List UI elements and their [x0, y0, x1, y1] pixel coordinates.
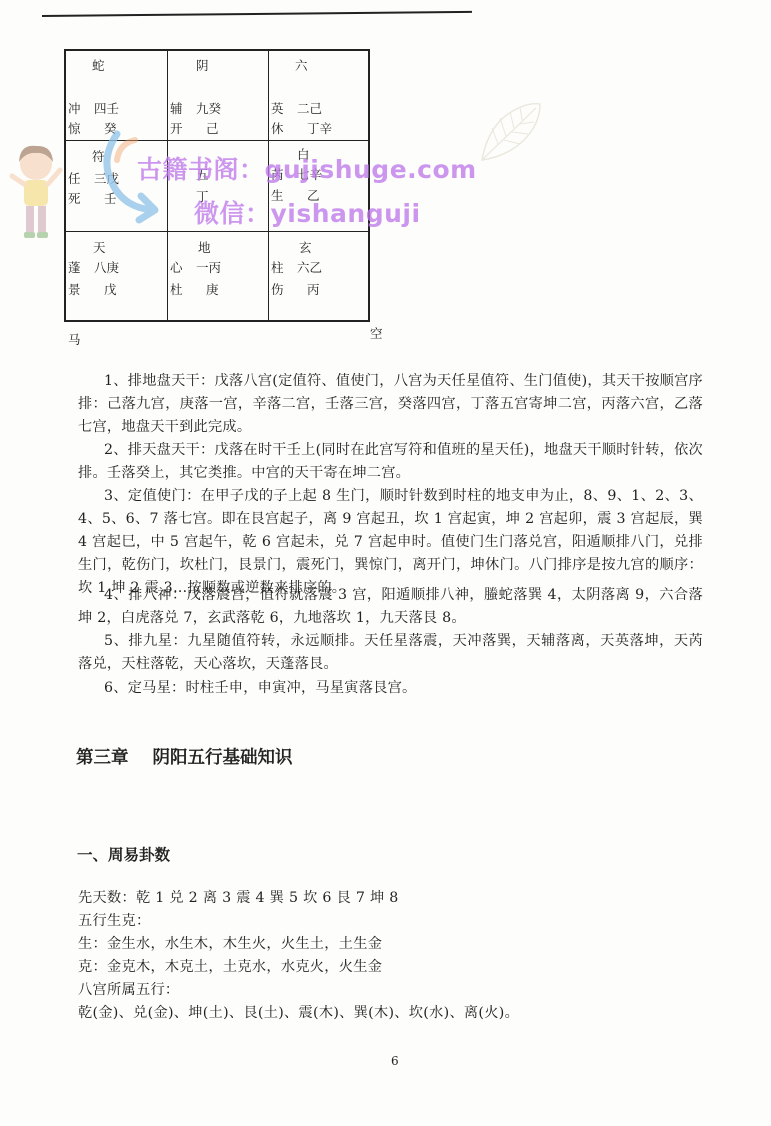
chapter-heading: 第三章阴阳五行基础知识 [76, 744, 293, 769]
text-line-bagong-label: 八宫所属五行： [78, 979, 179, 999]
cell-deity: 六 [295, 60, 308, 73]
grid-cell-qian: 玄 柱 六乙 伤 丙 [269, 232, 368, 320]
section-heading: 一、周易卦数 [77, 843, 170, 865]
cell-stems: 六乙 [297, 262, 322, 275]
step-paragraph-6: 6、定马星：时柱壬申，申寅冲，马星寅落艮宫。 [78, 677, 703, 700]
cell-door: 伤 [271, 284, 284, 297]
cell-door: 开 [170, 123, 183, 136]
cell-earth-stem: 戊 [104, 284, 117, 297]
cell-star: 蓬 [68, 262, 81, 275]
step-paragraph-3: 3、定值使门：在甲子戊的子上起 8 生门，顺时针数到时柱的地支申为止，8、9、1… [78, 485, 703, 600]
cell-door: 景 [68, 284, 81, 297]
cell-stems: 八庚 [94, 262, 119, 275]
cell-star: 柱 [271, 262, 284, 275]
cell-deity: 地 [198, 242, 211, 255]
cell-earth-stem: 丁辛 [307, 123, 332, 136]
grid-cell-kun: 六 英 二己 休 丁辛 [269, 51, 368, 141]
mascot-illustration-icon [6, 140, 66, 244]
watermark-wechat: 微信：yishanguji [194, 194, 421, 230]
cell-star: 辅 [170, 103, 183, 116]
cell-star: 心 [170, 262, 183, 275]
step-paragraph-1: 1、排地盘天干：戊落八宫(定值符、值使门，八宫为天任星值符、生门值使)，其天干按… [78, 370, 703, 439]
cell-stems: 四壬 [94, 103, 119, 116]
cell-deity: 蛇 [92, 60, 105, 73]
chapter-title: 阴阳五行基础知识 [153, 748, 293, 768]
leaf-illustration-icon [478, 98, 544, 163]
cell-stems: 一丙 [196, 262, 221, 275]
text-line-sheng: 生：金生水，水生木，木生火，火生土，土生金 [78, 933, 382, 953]
text-line-ke: 克：金克木，木克土，土克水，水克火，火生金 [78, 956, 382, 976]
cell-deity: 天 [93, 242, 106, 255]
cell-deity: 阴 [196, 60, 209, 73]
step-paragraph-4: 4、排八神：戊落震宫，值符就落震 3 宫，阳遁顺排八神，螣蛇落巽 4，太阴落离 … [78, 584, 703, 630]
cell-door: 休 [271, 123, 284, 136]
text-line-wuxing-label: 五行生克： [78, 910, 150, 930]
text-line-bagong-elements: 乾(金)、兑(金)、坤(土)、艮(土)、震(木)、巽(木)、坎(水)、离(火)。 [78, 1002, 519, 1022]
watermark-site: 古籍书阁：gujishuge.com [137, 150, 477, 186]
cell-deity: 玄 [299, 242, 312, 255]
grid-cell-gen: 天 蓬 八庚 景 戊 [66, 232, 168, 320]
text-line-xiantian: 先天数：乾 1 兑 2 离 3 震 4 巽 5 坎 6 艮 7 坤 8 [78, 887, 399, 907]
cell-earth-stem: 己 [206, 123, 219, 136]
grid-cell-kan: 地 心 一丙 杜 庚 [168, 232, 269, 320]
cell-door: 惊 [68, 123, 81, 136]
cell-door: 死 [68, 193, 81, 206]
page-number: 6 [391, 1054, 399, 1068]
chapter-number: 第三章 [76, 748, 129, 768]
cell-stems: 二己 [297, 103, 322, 116]
step-paragraph-2: 2、排天盘天干：戊落在时干壬上(同时在此宫写符和值班的星天任)，地盘天干顺时针转… [78, 439, 703, 485]
grid-cell-sun: 蛇 冲 四壬 惊 癸 [66, 51, 168, 141]
cell-star: 任 [68, 173, 81, 186]
cell-earth-stem: 庚 [206, 284, 219, 297]
cell-earth-stem: 丙 [307, 284, 320, 297]
void-label: 空 [370, 324, 383, 342]
cell-star: 冲 [68, 103, 81, 116]
grid-cell-li: 阴 辅 九癸 开 己 [168, 51, 269, 141]
header-rule [42, 11, 472, 17]
cell-star: 英 [271, 103, 284, 116]
cell-door: 杜 [170, 284, 183, 297]
cell-stems: 九癸 [196, 103, 221, 116]
horse-star-label: 马 [68, 330, 81, 348]
step-paragraph-5: 5、排九星：九星随值符转，永远顺排。天任星落震，天冲落巽，天辅落离，天英落坤，天… [78, 630, 703, 676]
